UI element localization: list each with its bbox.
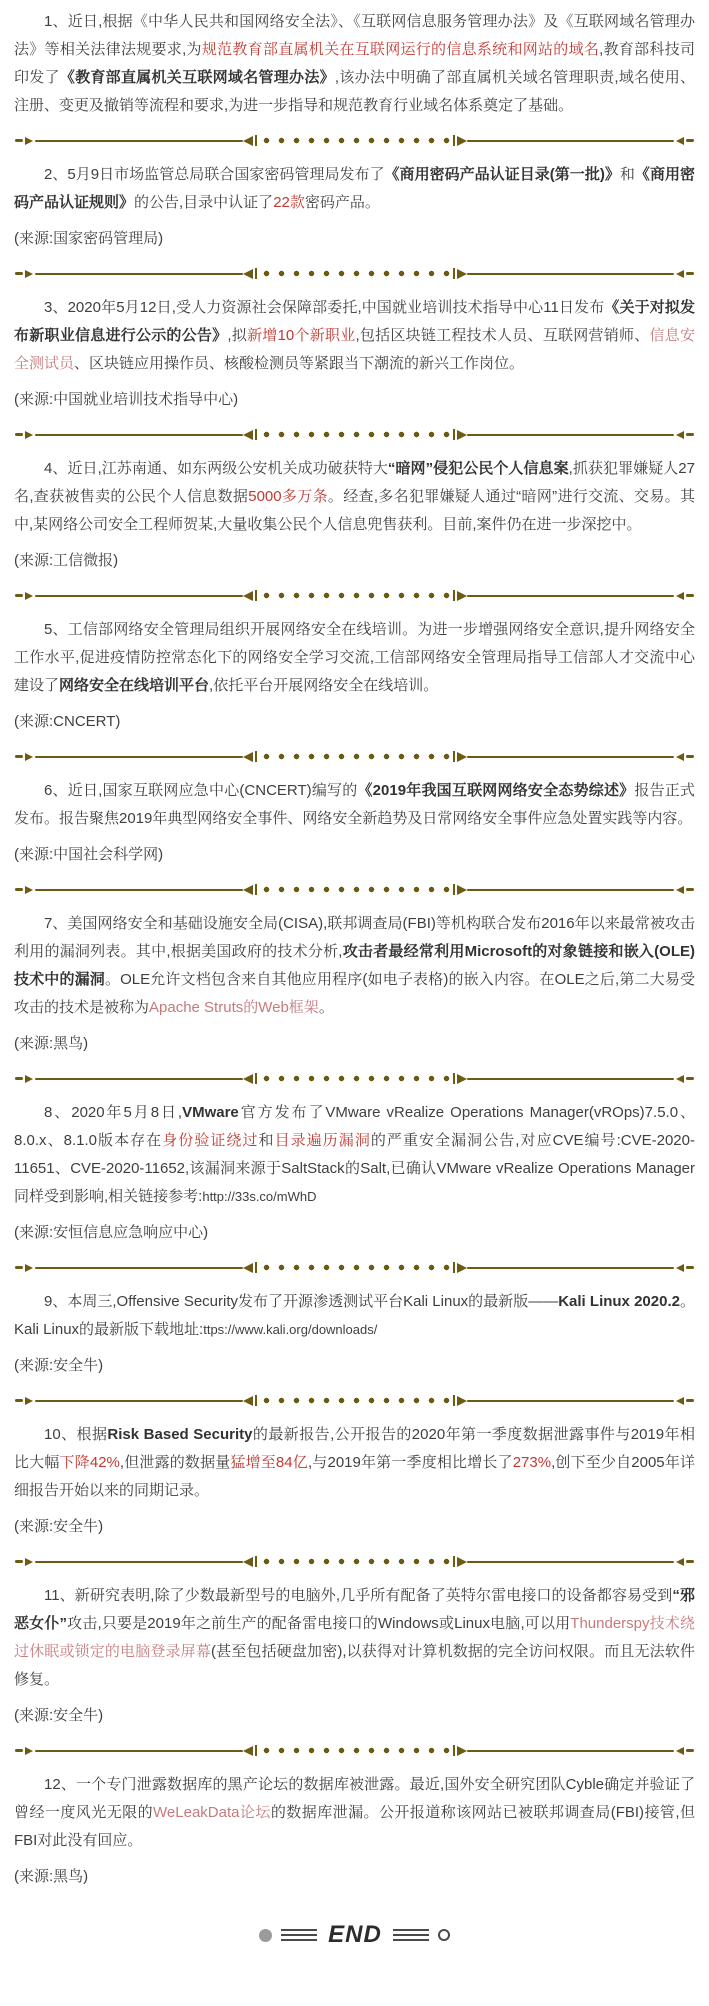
divider-arrowhead-left-icon xyxy=(243,269,253,279)
news-item-8: 8、2020年5月8日,VMware官方发布了VMware vRealize O… xyxy=(14,1099,695,1211)
divider-line-right xyxy=(467,273,675,275)
source-line: (来源:安全牛) xyxy=(14,1702,695,1730)
text-segment-red-light: WeLeakData论坛 xyxy=(153,1804,271,1821)
divider-tick-left-icon xyxy=(255,1556,257,1567)
text-segment-normal: 的公告,目录中认证了 xyxy=(134,194,273,211)
divider-end-dash-left-icon xyxy=(15,888,23,891)
divider-end-dash-right-icon xyxy=(686,1077,694,1080)
section-divider xyxy=(15,428,694,441)
divider-arrowhead-right-icon xyxy=(457,430,467,440)
divider-arrowhead-right-icon xyxy=(457,1557,467,1567)
divider-dots-icon xyxy=(259,1397,451,1404)
source-line: (来源:黑鸟) xyxy=(14,1863,695,1891)
end-lines-right-icon xyxy=(393,1929,429,1941)
divider-arrowhead-left-icon xyxy=(243,1263,253,1273)
divider-tick-left-icon xyxy=(255,1395,257,1406)
text-segment-bold: VMware xyxy=(182,1104,239,1121)
divider-end-dash-right-icon xyxy=(686,272,694,275)
divider-arrow-left-icon xyxy=(25,1747,33,1755)
divider-arrow-left-icon xyxy=(25,886,33,894)
end-filled-dot-icon xyxy=(259,1929,272,1942)
section-divider xyxy=(15,1261,694,1274)
divider-tick-left-icon xyxy=(255,429,257,440)
divider-dots-icon xyxy=(259,137,451,144)
divider-arrowhead-left-icon xyxy=(243,752,253,762)
text-segment-normal: 8、2020年5月8日, xyxy=(44,1104,182,1121)
text-segment-normal: ,但泄露的数据量 xyxy=(120,1454,231,1471)
divider-arrowhead-left-icon xyxy=(243,1074,253,1084)
divider-end-dash-left-icon xyxy=(15,755,23,758)
divider-tick-right-icon xyxy=(453,1745,455,1756)
divider-end-dash-left-icon xyxy=(15,1399,23,1402)
text-segment-bold: Risk Based Security xyxy=(107,1426,252,1443)
divider-line-right xyxy=(467,1400,675,1402)
divider-line-left xyxy=(35,595,243,597)
source-line: (来源:工信微报) xyxy=(14,547,695,575)
divider-arrowhead-left-icon xyxy=(243,430,253,440)
section-divider xyxy=(15,883,694,896)
divider-arrowhead-right-icon xyxy=(457,1746,467,1756)
text-segment-red: 猛增至84亿 xyxy=(230,1454,308,1471)
section-divider xyxy=(15,589,694,602)
text-segment-red: 规范教育部直属机关在互联网运行的信息系统和网站的域名 xyxy=(202,41,599,58)
text-segment-red: 273% xyxy=(513,1454,551,1471)
text-segment-normal: 。 xyxy=(319,999,334,1016)
divider-tick-right-icon xyxy=(453,135,455,146)
divider-arrowhead-left-icon xyxy=(243,1396,253,1406)
divider-tick-left-icon xyxy=(255,268,257,279)
text-segment-normal: 攻击,只要是2019年之前生产的配备雷电接口的Windows或Linux电脑,可… xyxy=(67,1615,570,1632)
divider-dots-icon xyxy=(259,431,451,438)
text-segment-url: ttps://www.kali.org/downloads/ xyxy=(203,1322,377,1337)
end-marker: END xyxy=(14,1921,695,1949)
divider-end-dash-right-icon xyxy=(686,1266,694,1269)
source-line: (来源:黑鸟) xyxy=(14,1030,695,1058)
divider-arrow-right-icon xyxy=(676,1397,684,1405)
divider-tick-right-icon xyxy=(453,884,455,895)
source-line: (来源:中国就业培训技术指导中心) xyxy=(14,386,695,414)
divider-line-left xyxy=(35,434,243,436)
divider-line-left xyxy=(35,273,243,275)
divider-line-right xyxy=(467,140,675,142)
news-item-4: 4、近日,江苏南通、如东两级公安机关成功破获特大“暗网”侵犯公民个人信息案,抓获… xyxy=(14,455,695,539)
divider-arrowhead-right-icon xyxy=(457,752,467,762)
divider-arrowhead-left-icon xyxy=(243,591,253,601)
divider-dots-icon xyxy=(259,1075,451,1082)
divider-tick-right-icon xyxy=(453,1556,455,1567)
divider-arrow-right-icon xyxy=(676,137,684,145)
news-item-2: 2、5月9日市场监管总局联合国家密码管理局发布了《商用密码产品认证目录(第一批)… xyxy=(14,161,695,217)
text-segment-red: 目录遍历漏洞 xyxy=(275,1132,371,1149)
text-segment-normal: 6、近日,国家互联网应急中心(CNCERT)编写的 xyxy=(44,782,357,799)
divider-tick-left-icon xyxy=(255,884,257,895)
divider-line-right xyxy=(467,1561,675,1563)
end-lines-left-icon xyxy=(281,1929,317,1941)
divider-dots-icon xyxy=(259,1264,451,1271)
divider-line-right xyxy=(467,1750,675,1752)
divider-line-right xyxy=(467,1078,675,1080)
news-item-10: 10、根据Risk Based Security的最新报告,公开报告的2020年… xyxy=(14,1421,695,1505)
end-open-dot-icon xyxy=(438,1929,450,1941)
divider-line-right xyxy=(467,434,675,436)
text-segment-bold: “暗网”侵犯公民个人信息案 xyxy=(388,460,569,477)
divider-end-dash-left-icon xyxy=(15,594,23,597)
text-segment-bold: 网络安全在线培训平台 xyxy=(59,677,209,694)
divider-arrowhead-right-icon xyxy=(457,1074,467,1084)
divider-dots-icon xyxy=(259,886,451,893)
end-label: END xyxy=(328,1921,382,1949)
divider-dots-icon xyxy=(259,592,451,599)
divider-line-left xyxy=(35,756,243,758)
divider-line-right xyxy=(467,595,675,597)
divider-arrow-right-icon xyxy=(676,886,684,894)
divider-arrowhead-right-icon xyxy=(457,136,467,146)
source-line: (来源:安全牛) xyxy=(14,1352,695,1380)
text-segment-red: 22款 xyxy=(273,194,305,211)
news-item-3: 3、2020年5月12日,受人力资源社会保障部委托,中国就业培训技术指导中心11… xyxy=(14,294,695,378)
text-segment-red-light: Apache Struts的Web框架 xyxy=(149,999,319,1016)
text-segment-red: 5000多万条 xyxy=(248,488,328,505)
divider-end-dash-right-icon xyxy=(686,433,694,436)
divider-tick-left-icon xyxy=(255,1745,257,1756)
news-item-5: 5、工信部网络安全管理局组织开展网络安全在线培训。为进一步增强网络安全意识,提升… xyxy=(14,616,695,700)
text-segment-normal: 4、近日,江苏南通、如东两级公安机关成功破获特大 xyxy=(44,460,388,477)
section-divider xyxy=(15,1744,694,1757)
divider-arrowhead-right-icon xyxy=(457,1396,467,1406)
section-divider xyxy=(15,267,694,280)
divider-tick-left-icon xyxy=(255,1262,257,1273)
divider-arrow-right-icon xyxy=(676,1558,684,1566)
text-segment-normal: 、区块链应用操作员、核酸检测员等紧跟当下潮流的新兴工作岗位。 xyxy=(74,355,524,372)
text-segment-normal: 。OLE允许文档包含来自其他应用程序(如电子表格)的嵌入内容。在OLE之后,第二… xyxy=(14,971,695,1016)
source-line: (来源:安全牛) xyxy=(14,1513,695,1541)
divider-end-dash-right-icon xyxy=(686,594,694,597)
divider-line-left xyxy=(35,1750,243,1752)
divider-arrow-right-icon xyxy=(676,1747,684,1755)
divider-end-dash-left-icon xyxy=(15,433,23,436)
divider-line-left xyxy=(35,1400,243,1402)
text-segment-normal: ,与2019年第一季度相比增长了 xyxy=(308,1454,513,1471)
text-segment-normal: 9、本周三,Offensive Security发布了开源渗透测试平台Kali … xyxy=(44,1293,558,1310)
text-segment-normal: 和 xyxy=(620,166,635,183)
divider-tick-left-icon xyxy=(255,1073,257,1084)
divider-arrow-right-icon xyxy=(676,1264,684,1272)
divider-arrow-right-icon xyxy=(676,270,684,278)
divider-end-dash-left-icon xyxy=(15,139,23,142)
divider-tick-left-icon xyxy=(255,751,257,762)
divider-tick-right-icon xyxy=(453,1262,455,1273)
text-segment-red: 下降42% xyxy=(60,1454,120,1471)
source-line: (来源:中国社会科学网) xyxy=(14,841,695,869)
divider-arrow-right-icon xyxy=(676,753,684,761)
section-divider xyxy=(15,1555,694,1568)
divider-end-dash-left-icon xyxy=(15,272,23,275)
divider-dots-icon xyxy=(259,753,451,760)
source-line: (来源:CNCERT) xyxy=(14,708,695,736)
divider-arrow-right-icon xyxy=(676,592,684,600)
divider-arrowhead-left-icon xyxy=(243,1557,253,1567)
divider-tick-right-icon xyxy=(453,1395,455,1406)
divider-dots-icon xyxy=(259,1558,451,1565)
text-segment-normal: 3、2020年5月12日,受人力资源社会保障部委托,中国就业培训技术指导中心11… xyxy=(44,299,604,316)
divider-end-dash-right-icon xyxy=(686,888,694,891)
divider-arrowhead-right-icon xyxy=(457,1263,467,1273)
news-item-6: 6、近日,国家互联网应急中心(CNCERT)编写的《2019年我国互联网网络安全… xyxy=(14,777,695,833)
text-segment-red: 新增10个新职业 xyxy=(247,327,355,344)
divider-end-dash-left-icon xyxy=(15,1749,23,1752)
divider-line-left xyxy=(35,140,243,142)
section-divider xyxy=(15,1072,694,1085)
divider-arrow-left-icon xyxy=(25,270,33,278)
divider-tick-right-icon xyxy=(453,1073,455,1084)
divider-arrow-left-icon xyxy=(25,1075,33,1083)
divider-dots-icon xyxy=(259,270,451,277)
section-divider xyxy=(15,1394,694,1407)
divider-line-right xyxy=(467,756,675,758)
section-divider xyxy=(15,134,694,147)
section-divider xyxy=(15,750,694,763)
text-segment-normal: ,包括区块链工程技术人员、互联网营销师、 xyxy=(355,327,649,344)
divider-tick-right-icon xyxy=(453,268,455,279)
divider-line-left xyxy=(35,1267,243,1269)
divider-arrow-left-icon xyxy=(25,592,33,600)
divider-arrow-right-icon xyxy=(676,431,684,439)
divider-arrow-left-icon xyxy=(25,1397,33,1405)
text-segment-red: 身份验证绕过 xyxy=(162,1132,258,1149)
divider-end-dash-right-icon xyxy=(686,1560,694,1563)
divider-arrow-left-icon xyxy=(25,753,33,761)
text-segment-bold: Kali Linux 2020.2 xyxy=(558,1293,680,1310)
divider-tick-right-icon xyxy=(453,751,455,762)
text-segment-normal: 11、新研究表明,除了少数最新型号的电脑外,几乎所有配备了英特尔雷电接口的设备都… xyxy=(44,1587,672,1604)
text-segment-bold: 《2019年我国互联网网络安全态势综述》 xyxy=(357,782,634,799)
divider-end-dash-right-icon xyxy=(686,1749,694,1752)
divider-end-dash-right-icon xyxy=(686,755,694,758)
divider-line-left xyxy=(35,889,243,891)
divider-tick-right-icon xyxy=(453,590,455,601)
text-segment-url: http://33s.co/mWhD xyxy=(202,1189,316,1204)
divider-end-dash-right-icon xyxy=(686,139,694,142)
divider-arrowhead-left-icon xyxy=(243,1746,253,1756)
divider-line-left xyxy=(35,1561,243,1563)
divider-arrow-left-icon xyxy=(25,137,33,145)
text-segment-bold: 《教育部直属机关互联网域名管理办法》 xyxy=(60,69,335,86)
news-item-11: 11、新研究表明,除了少数最新型号的电脑外,几乎所有配备了英特尔雷电接口的设备都… xyxy=(14,1582,695,1694)
divider-tick-left-icon xyxy=(255,135,257,146)
divider-arrowhead-right-icon xyxy=(457,885,467,895)
divider-arrow-right-icon xyxy=(676,1075,684,1083)
divider-line-right xyxy=(467,889,675,891)
news-item-12: 12、一个专门泄露数据库的黑产论坛的数据库被泄露。最近,国外安全研究团队Cybl… xyxy=(14,1771,695,1855)
divider-tick-right-icon xyxy=(453,429,455,440)
divider-dots-icon xyxy=(259,1747,451,1754)
divider-arrowhead-left-icon xyxy=(243,136,253,146)
news-item-1: 1、近日,根据《中华人民共和国网络安全法》、《互联网信息服务管理办法》及《互联网… xyxy=(14,8,695,120)
divider-end-dash-right-icon xyxy=(686,1399,694,1402)
divider-line-left xyxy=(35,1078,243,1080)
divider-end-dash-left-icon xyxy=(15,1560,23,1563)
source-line: (来源:安恒信息应急响应中心) xyxy=(14,1219,695,1247)
text-segment-normal: 和 xyxy=(259,1132,275,1149)
divider-end-dash-left-icon xyxy=(15,1266,23,1269)
text-segment-normal: 密码产品。 xyxy=(305,194,380,211)
text-segment-normal: ,依托平台开展网络安全在线培训。 xyxy=(209,677,438,694)
source-line: (来源:国家密码管理局) xyxy=(14,225,695,253)
news-list: 1、近日,根据《中华人民共和国网络安全法》、《互联网信息服务管理办法》及《互联网… xyxy=(14,8,695,1891)
text-segment-normal: ,拟 xyxy=(227,327,247,344)
divider-arrowhead-left-icon xyxy=(243,885,253,895)
news-item-9: 9、本周三,Offensive Security发布了开源渗透测试平台Kali … xyxy=(14,1288,695,1344)
divider-arrowhead-right-icon xyxy=(457,269,467,279)
divider-tick-left-icon xyxy=(255,590,257,601)
news-item-7: 7、美国网络安全和基础设施安全局(CISA),联邦调查局(FBI)等机构联合发布… xyxy=(14,910,695,1022)
divider-arrow-left-icon xyxy=(25,1558,33,1566)
text-segment-normal: 2、5月9日市场监管总局联合国家密码管理局发布了 xyxy=(44,166,385,183)
divider-end-dash-left-icon xyxy=(15,1077,23,1080)
divider-line-right xyxy=(467,1267,675,1269)
text-segment-bold: 《商用密码产品认证目录(第一批)》 xyxy=(385,166,620,183)
divider-arrow-left-icon xyxy=(25,431,33,439)
divider-arrowhead-right-icon xyxy=(457,591,467,601)
divider-arrow-left-icon xyxy=(25,1264,33,1272)
text-segment-normal: 10、根据 xyxy=(44,1426,107,1443)
